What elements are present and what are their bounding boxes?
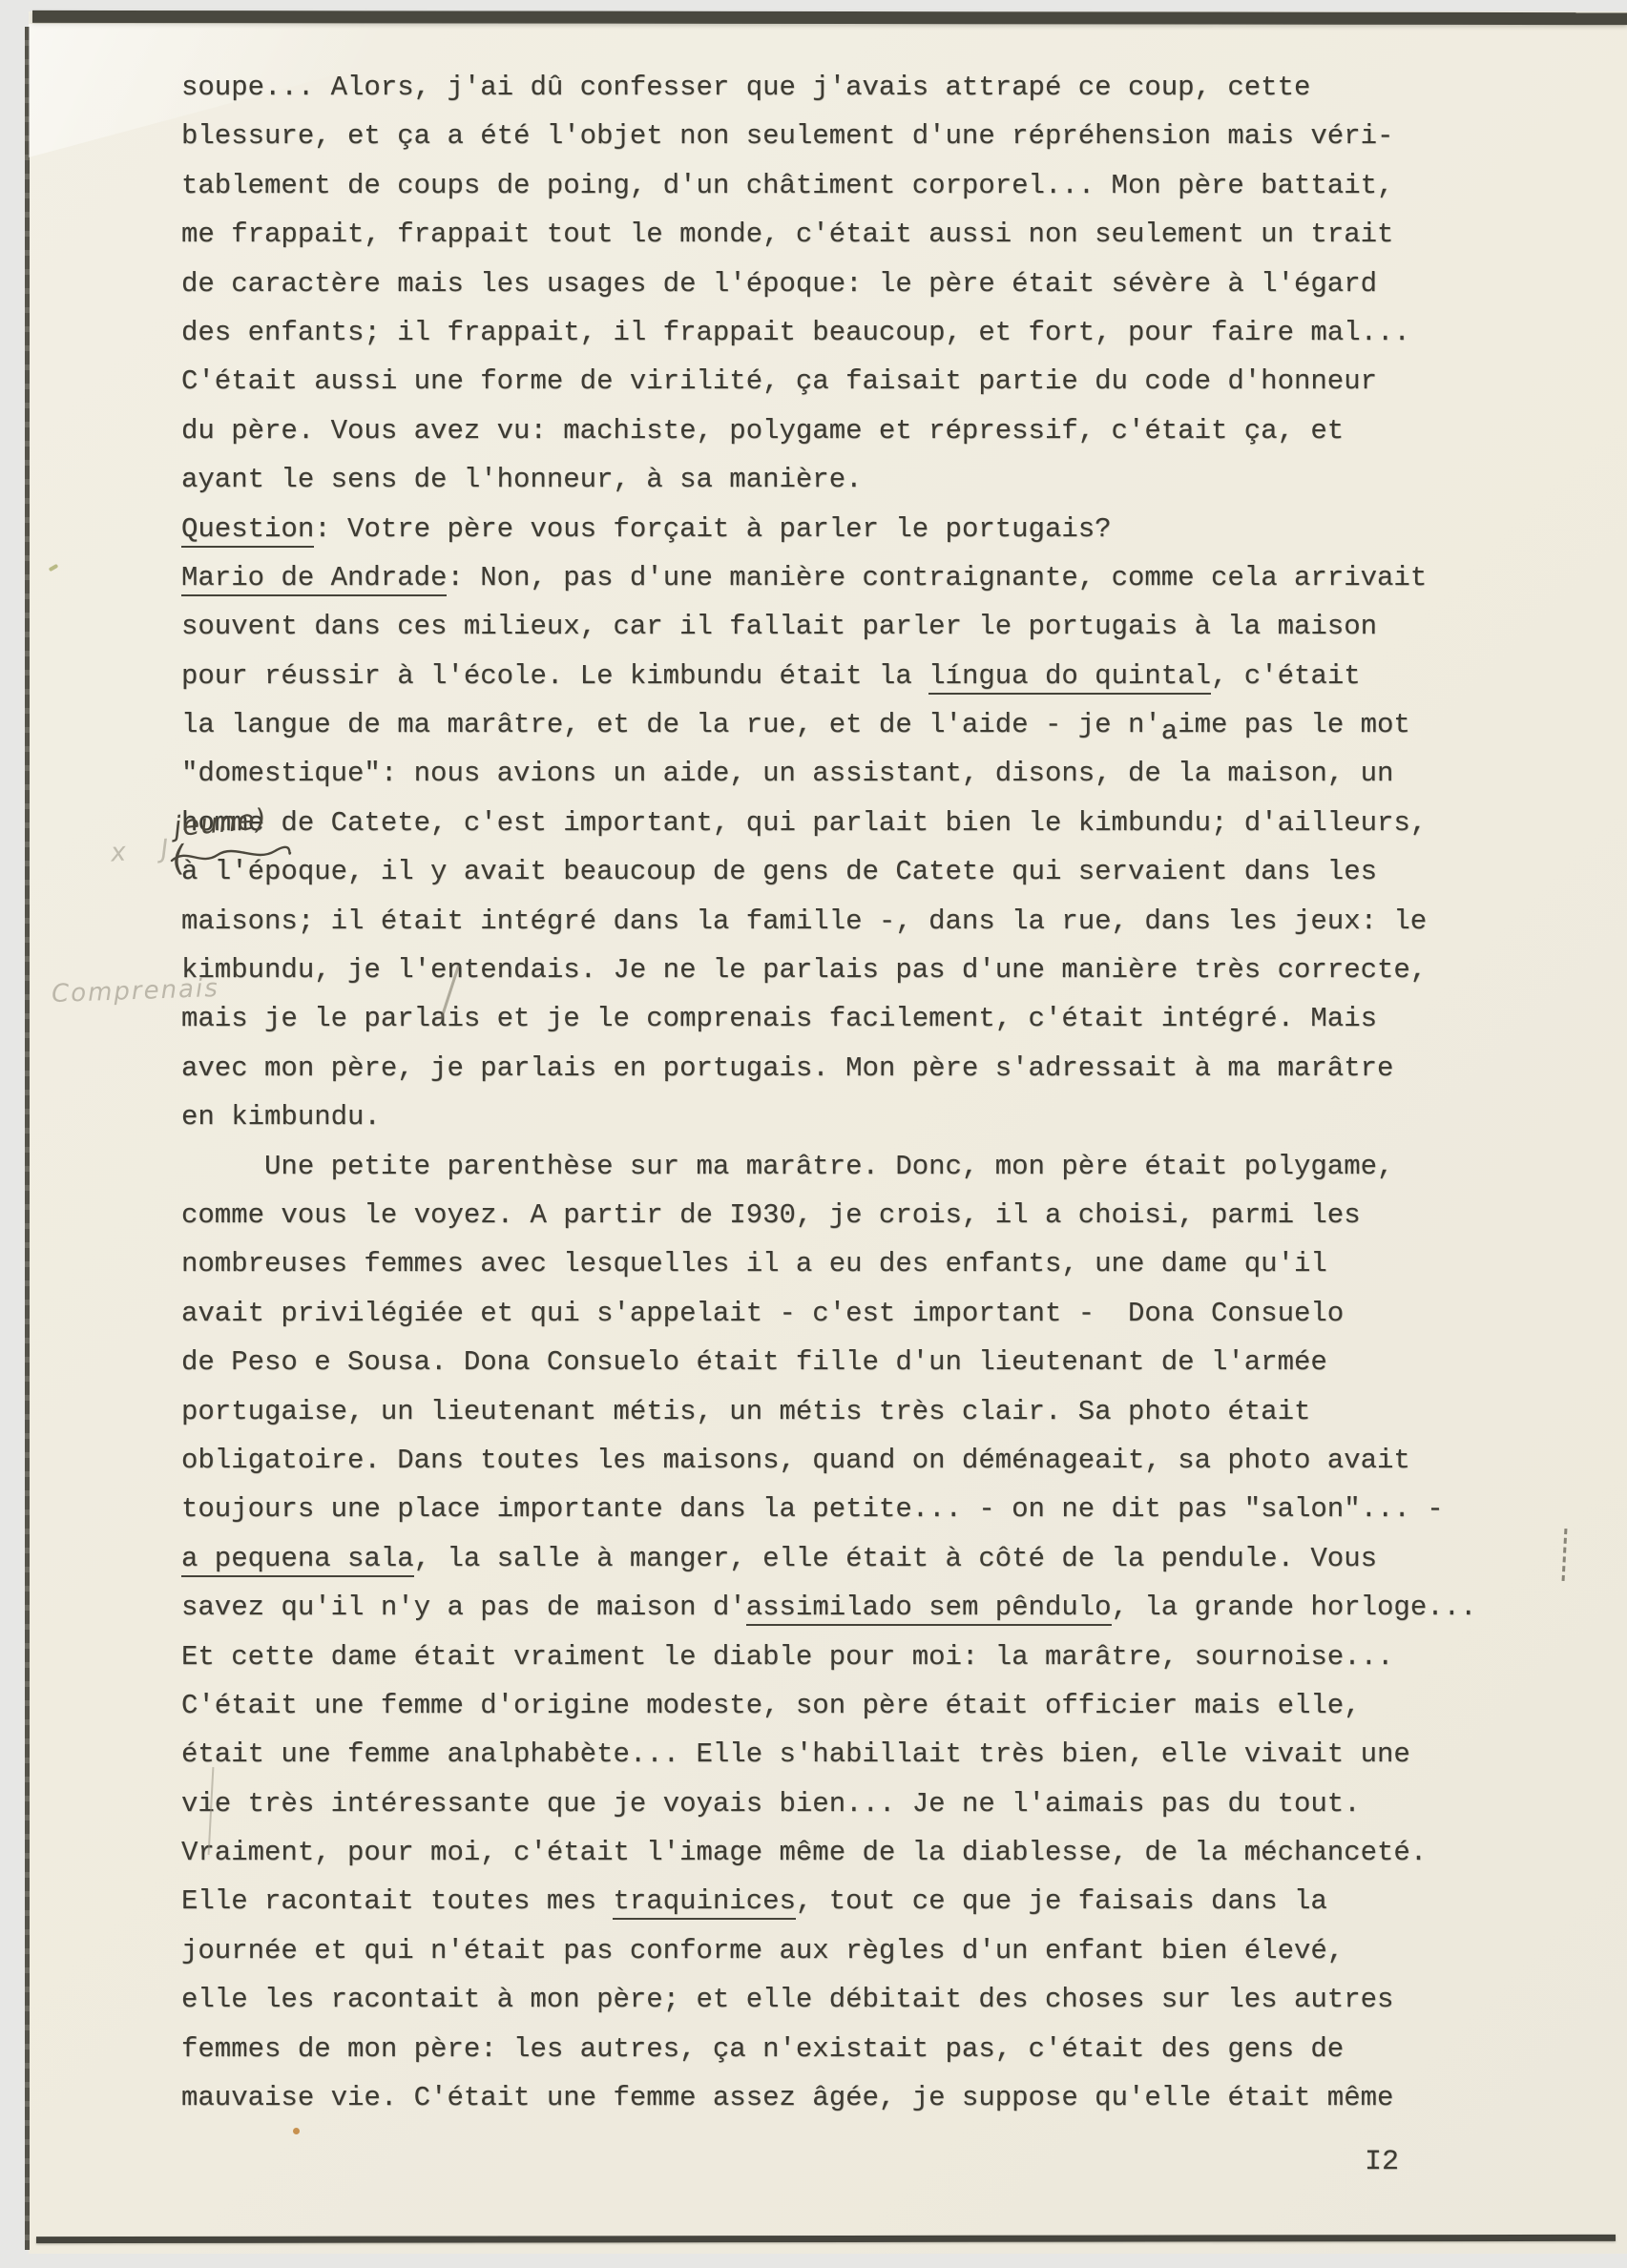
typed-text: de Peso e Sousa. Dona Consuelo était fil… xyxy=(181,1346,1327,1378)
margin-pencil-scribble: x J xyxy=(110,833,183,867)
typed-line: avait privilégiée et qui s'appelait - c'… xyxy=(181,1289,1476,1338)
typed-line: Vraiment, pour moi, c'était l'image même… xyxy=(181,1828,1476,1877)
typed-text: maisons; il était intégré dans la famill… xyxy=(181,905,1427,937)
typed-line: Question: Votre père vous forçait à parl… xyxy=(181,505,1476,553)
page-number: I2 xyxy=(1365,2146,1399,2178)
typed-line: était une femme analphabète... Elle s'ha… xyxy=(181,1730,1476,1779)
typed-line: Elle racontait toutes mes traquinices, t… xyxy=(181,1877,1476,1925)
typed-line: souvent dans ces milieux, car il fallait… xyxy=(181,602,1476,651)
typed-line: toujours une place importante dans la pe… xyxy=(181,1485,1476,1533)
typed-line: avec mon père, je parlais en portugais. … xyxy=(181,1044,1476,1092)
typed-text: , tout ce que je faisais dans la xyxy=(796,1885,1327,1917)
typed-line: de Peso e Sousa. Dona Consuelo était fil… xyxy=(181,1338,1476,1386)
typed-text: toujours une place importante dans la pe… xyxy=(181,1493,1444,1525)
page-bottom-edge xyxy=(36,2235,1616,2243)
typed-line: Une petite parenthèse sur ma marâtre. Do… xyxy=(181,1142,1476,1191)
paper-speck xyxy=(49,564,59,572)
typed-text: la langue de ma marâtre, et de la rue, e… xyxy=(181,709,1161,740)
typed-text: tablement de coups de poing, d'un châtim… xyxy=(181,170,1393,201)
typed-line: des enfants; il frappait, il frappait be… xyxy=(181,308,1476,357)
typed-text: Elle racontait toutes mes xyxy=(181,1885,613,1917)
typed-text: avait privilégiée et qui s'appelait - c'… xyxy=(181,1298,1344,1329)
typed-line: nombreuses femmes avec lesquelles il a e… xyxy=(181,1239,1476,1288)
typed-line: C'était aussi une forme de virilité, ça … xyxy=(181,357,1476,406)
page-left-edge xyxy=(25,27,30,2250)
typed-text: femmes de mon père: les autres, ça n'exi… xyxy=(181,2033,1344,2065)
typed-text: ime pas le mot xyxy=(1178,709,1410,740)
right-margin-pencil-mark xyxy=(1562,1529,1568,1581)
typed-line: "domestique": nous avions un aide, un as… xyxy=(181,749,1476,798)
underlined-phrase: Mario de Andrade xyxy=(181,562,447,596)
typed-line: en kimbundu. xyxy=(181,1092,1476,1141)
underlined-phrase: assimilado sem pêndulo xyxy=(746,1592,1112,1626)
typed-text: me frappait, frappait tout le monde, c'é… xyxy=(181,218,1393,250)
typed-line: kimbundu, je l'entendais. Je ne le parla… xyxy=(181,946,1476,994)
typed-text: portugaise, un lieutenant métis, un méti… xyxy=(181,1396,1310,1427)
typed-text: blessure, et ça a été l'objet non seulem… xyxy=(181,120,1393,152)
typed-line: tablement de coups de poing, d'un châtim… xyxy=(181,161,1476,210)
paper-sheet: soupe... Alors, j'ai dû confesser que j'… xyxy=(29,11,1627,2254)
typed-text: C'était une femme d'origine modeste, son… xyxy=(181,1690,1361,1721)
typed-line: savez qu'il n'y a pas de maison d'assimi… xyxy=(181,1583,1476,1632)
typed-text: , la grande horloge... xyxy=(1112,1592,1477,1623)
typed-text: avec mon père, je parlais en portugais. … xyxy=(181,1052,1393,1084)
typed-line: homme de Catete, c'est important, qui pa… xyxy=(181,799,1476,847)
typed-line: blessure, et ça a été l'objet non seulem… xyxy=(181,112,1476,160)
underlined-phrase: traquinices xyxy=(613,1885,795,1920)
typed-line: mauvaise vie. C'était une femme assez âg… xyxy=(181,2073,1476,2122)
typed-text-block: soupe... Alors, j'ai dû confesser que j'… xyxy=(181,63,1476,2122)
typed-line: obligatoire. Dans toutes les maisons, qu… xyxy=(181,1436,1476,1485)
typed-line: journée et qui n'était pas conforme aux … xyxy=(181,1926,1476,1975)
typed-text: mais je le parlais et je le comprenais f… xyxy=(181,1003,1377,1034)
typed-line: portugaise, un lieutenant métis, un méti… xyxy=(181,1387,1476,1436)
typed-text: du père. Vous avez vu: machiste, polygam… xyxy=(181,415,1344,447)
typed-text: , c'était xyxy=(1211,660,1361,692)
typed-text: : Votre père vous forçait à parler le po… xyxy=(314,513,1111,545)
typed-line: C'était une femme d'origine modeste, son… xyxy=(181,1681,1476,1730)
typed-text: , la salle à manger, elle était à côté d… xyxy=(414,1543,1377,1574)
typed-line: soupe... Alors, j'ai dû confesser que j'… xyxy=(181,63,1476,112)
typed-text: comme vous le voyez. A partir de I930, j… xyxy=(181,1199,1361,1231)
typed-text: nombreuses femmes avec lesquelles il a e… xyxy=(181,1248,1327,1280)
typed-text: soupe... Alors, j'ai dû confesser que j'… xyxy=(181,72,1310,103)
underlined-phrase: Question xyxy=(181,513,314,548)
typed-text: elle les racontait à mon père; et elle d… xyxy=(181,1984,1393,2015)
typed-text: homme de Catete, c'est important, qui pa… xyxy=(181,807,1427,839)
dropped-character: a xyxy=(1161,716,1178,747)
typed-text: à l'époque, il y avait beaucoup de gens … xyxy=(181,856,1377,887)
typed-text: savez qu'il n'y a pas de maison d' xyxy=(181,1592,746,1623)
typed-text: vie très intéressante que je voyais bien… xyxy=(181,1788,1361,1820)
typed-line: à l'époque, il y avait beaucoup de gens … xyxy=(181,847,1476,896)
typed-line: maisons; il était intégré dans la famill… xyxy=(181,897,1476,946)
typed-text: journée et qui n'était pas conforme aux … xyxy=(181,1935,1344,1966)
typed-text: ayant le sens de l'honneur, à sa manière… xyxy=(181,464,863,495)
page-top-edge xyxy=(32,10,1627,25)
typed-text: était une femme analphabète... Elle s'ha… xyxy=(181,1738,1410,1770)
typed-line: a pequena sala, la salle à manger, elle … xyxy=(181,1534,1476,1583)
typed-line: du père. Vous avez vu: machiste, polygam… xyxy=(181,406,1476,455)
typed-text: pour réussir à l'école. Le kimbundu étai… xyxy=(181,660,928,692)
typed-text: des enfants; il frappait, il frappait be… xyxy=(181,317,1410,348)
typed-line: ayant le sens de l'honneur, à sa manière… xyxy=(181,455,1476,504)
typed-line: femmes de mon père: les autres, ça n'exi… xyxy=(181,2025,1476,2073)
margin-note-comprenais: Comprenais xyxy=(52,974,220,1009)
typed-text: en kimbundu. xyxy=(181,1101,381,1133)
typed-text: Et cette dame était vraiment le diable p… xyxy=(181,1641,1393,1673)
typed-line: pour réussir à l'école. Le kimbundu étai… xyxy=(181,652,1476,700)
typed-text: Une petite parenthèse sur ma marâtre. Do… xyxy=(181,1151,1393,1182)
typed-line: vie très intéressante que je voyais bien… xyxy=(181,1779,1476,1828)
scanned-typescript-page: soupe... Alors, j'ai dû confesser que j'… xyxy=(0,0,1627,2268)
paper-stain-dot xyxy=(293,2128,300,2134)
typed-line: Mario de Andrade: Non, pas d'une manière… xyxy=(181,553,1476,602)
typed-line: de caractère mais les usages de l'époque… xyxy=(181,260,1476,308)
typed-text: obligatoire. Dans toutes les maisons, qu… xyxy=(181,1445,1410,1476)
typed-line: mais je le parlais et je le comprenais f… xyxy=(181,994,1476,1043)
typed-text: : Non, pas d'une manière contraignante, … xyxy=(447,562,1427,593)
typed-text: de caractère mais les usages de l'époque… xyxy=(181,268,1377,300)
typed-text: souvent dans ces milieux, car il fallait… xyxy=(181,611,1377,642)
typed-line: elle les racontait à mon père; et elle d… xyxy=(181,1975,1476,2024)
underlined-phrase: a pequena sala xyxy=(181,1543,414,1577)
typed-line: Et cette dame était vraiment le diable p… xyxy=(181,1633,1476,1681)
underlined-phrase: língua do quintal xyxy=(928,660,1211,695)
typed-line: comme vous le voyez. A partir de I930, j… xyxy=(181,1191,1476,1239)
typed-text: C'était aussi une forme de virilité, ça … xyxy=(181,365,1377,397)
typed-text: mauvaise vie. C'était une femme assez âg… xyxy=(181,2082,1393,2113)
typed-text: kimbundu, je l'entendais. Je ne le parla… xyxy=(181,954,1427,986)
typed-line: la langue de ma marâtre, et de la rue, e… xyxy=(181,700,1476,749)
typed-text: "domestique": nous avions un aide, un as… xyxy=(181,758,1393,789)
typed-line: me frappait, frappait tout le monde, c'é… xyxy=(181,210,1476,259)
typed-text: Vraiment, pour moi, c'était l'image même… xyxy=(181,1837,1427,1868)
